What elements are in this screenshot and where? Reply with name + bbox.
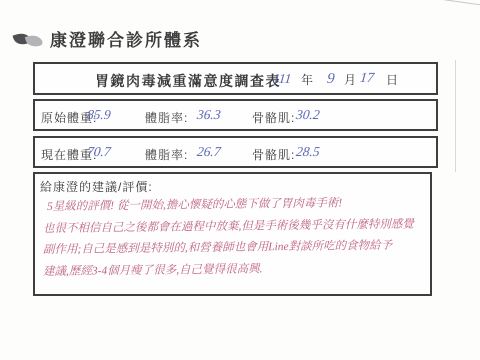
scan-edge-artifact bbox=[455, 60, 456, 172]
form-title-box: 胃鏡肉毒減重滿意度調查表 111 年 9 月 17 日 bbox=[33, 62, 438, 95]
current-bodyfat-value: 26.7 bbox=[196, 144, 221, 160]
date-month-value: 9 bbox=[326, 71, 335, 88]
date-year-value: 111 bbox=[272, 71, 292, 87]
scan-corner-artifact bbox=[444, 0, 480, 6]
two-leaf-logo-icon bbox=[14, 30, 44, 48]
original-bodyfat-label: 體脂率: bbox=[145, 109, 188, 126]
form-title: 胃鏡肉毒減重滿意度調查表 bbox=[95, 71, 281, 91]
date-month-label: 月 bbox=[344, 71, 357, 88]
original-muscle-label: 骨骼肌: bbox=[252, 109, 295, 126]
original-bodyfat-value: 36.3 bbox=[196, 107, 221, 123]
clinic-header: 康澄聯合診所體系 bbox=[14, 26, 202, 51]
date-day-value: 17 bbox=[359, 71, 375, 87]
date-day-label: 日 bbox=[386, 71, 399, 88]
original-muscle-value: 30.2 bbox=[295, 107, 320, 123]
handwritten-comment: 5星級的評價! 從一開始,擔心懷疑的心態下做了胃肉毒手術! 也很不相信自己之後都… bbox=[43, 197, 428, 283]
comment-box: 給康澄的建議/評價: 5星級的評價! 從一開始,擔心懷疑的心態下做了胃肉毒手術!… bbox=[33, 172, 432, 296]
original-weight-value: 85.9 bbox=[86, 107, 111, 123]
comment-line-4: 建議,歷經3-4個月瘦了很多,自己覺得很高興. bbox=[43, 257, 428, 283]
current-measurements-row: 現在體重: 70.7 體脂率: 26.7 骨骼肌: 28.5 bbox=[33, 136, 438, 168]
original-measurements-row: 原始體重: 85.9 體脂率: 36.3 骨骼肌: 30.2 bbox=[33, 99, 438, 131]
scanned-survey-form: 康澄聯合診所體系 胃鏡肉毒減重滿意度調查表 111 年 9 月 17 日 原始體… bbox=[0, 0, 480, 360]
date-year-label: 年 bbox=[301, 71, 314, 88]
current-muscle-value: 28.5 bbox=[295, 144, 320, 160]
current-muscle-label: 骨骼肌: bbox=[252, 146, 295, 163]
comment-label: 給康澄的建議/評價: bbox=[40, 178, 153, 195]
current-bodyfat-label: 體脂率: bbox=[145, 146, 188, 163]
clinic-name: 康澄聯合診所體系 bbox=[50, 26, 202, 51]
current-weight-value: 70.7 bbox=[86, 144, 111, 160]
